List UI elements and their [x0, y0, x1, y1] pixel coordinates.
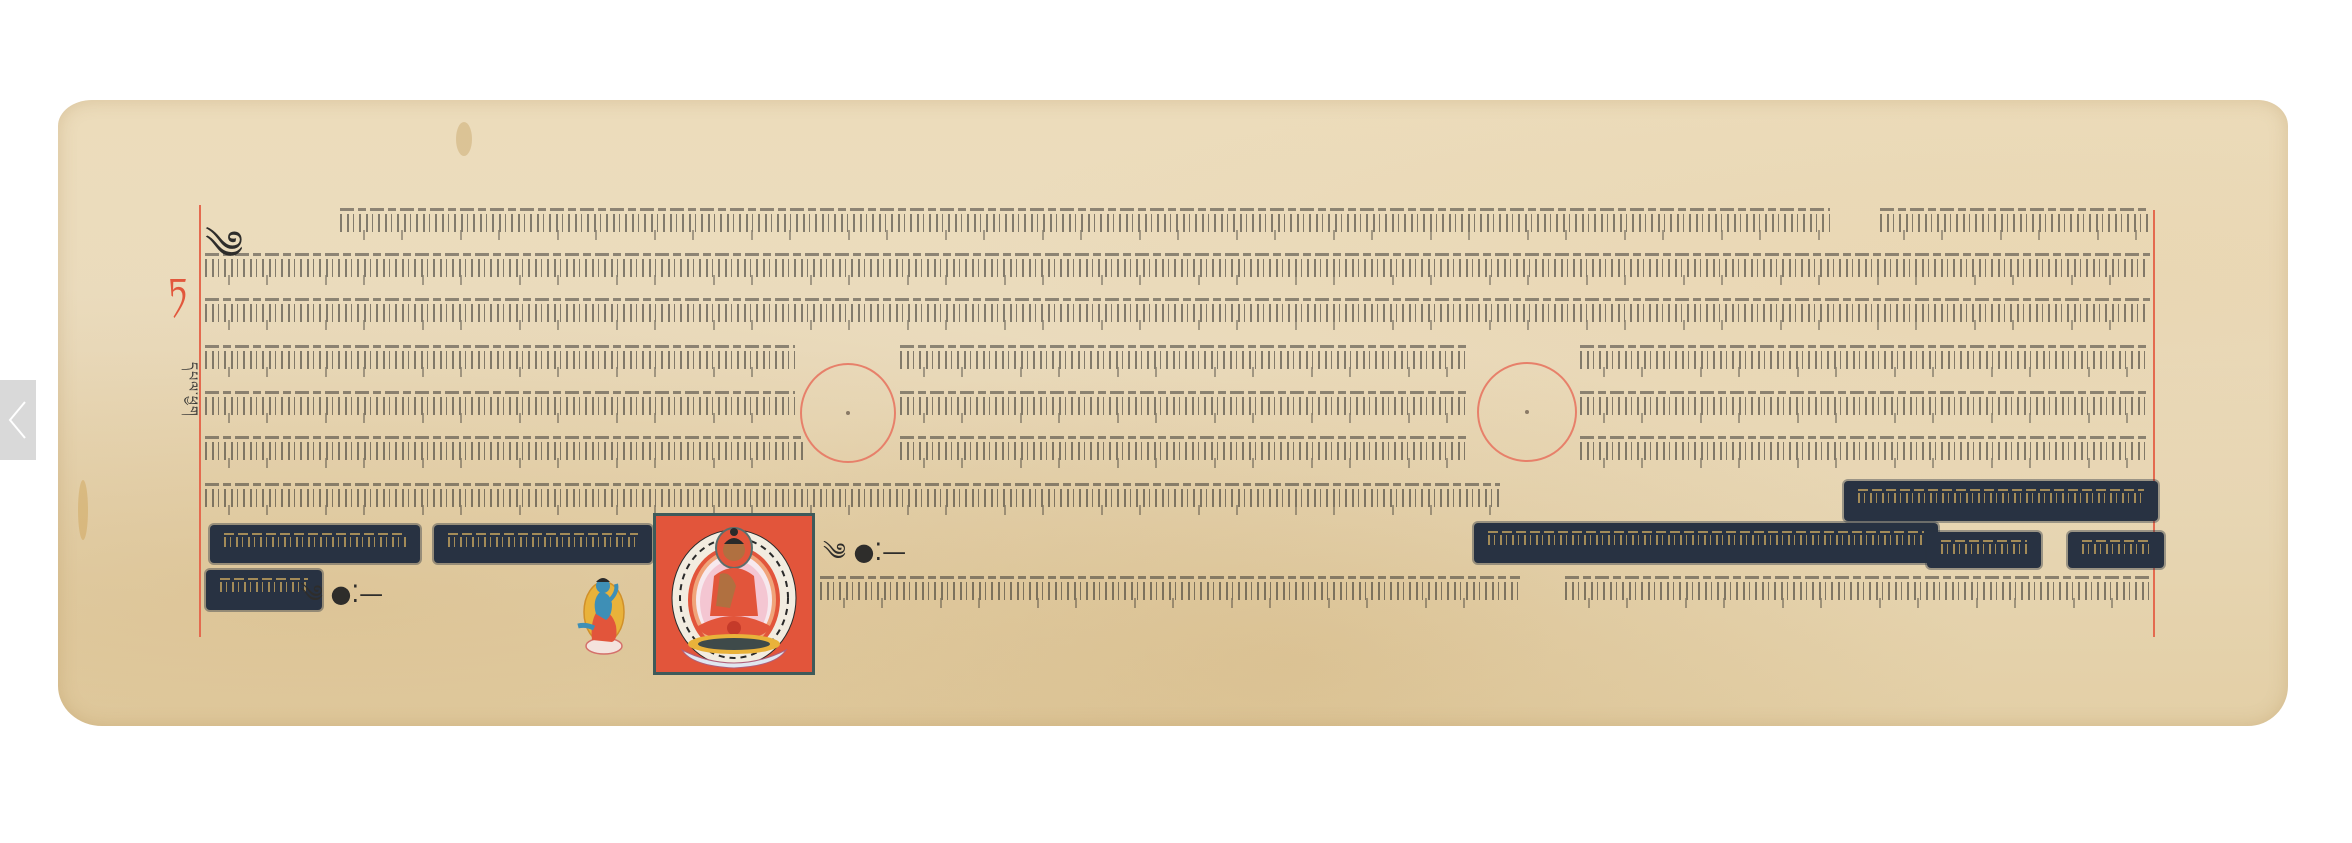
- text-line-5c: [1580, 383, 2150, 423]
- text-line-3: ཏུ་ཕྱིན་པ་དྲུག་དང་ལྡན་པ་འདི་དག་ཀུན་གྱིས་…: [205, 290, 2150, 330]
- right-margin-rule: [2153, 210, 2155, 637]
- text-line-8b: [1565, 568, 2150, 608]
- end-mark-right: ༄ ●⁚—: [823, 526, 906, 593]
- deity-illustration: [572, 570, 632, 656]
- chevron-left-icon: [7, 400, 29, 440]
- text-line-8a: །།དེ་ནས་ཆེ་དང་ལྡན་པ་རབ་འབྱོར་གྱིས་བཅོམ་ལ…: [820, 568, 1520, 608]
- text-line-5a: དང་། །ཡང་དག་པར་གཞན་བསྐོར་བ་དང་། །ཡང་དག་པ…: [205, 383, 795, 423]
- text-line-4c: [1580, 337, 2150, 377]
- previous-image-button[interactable]: [0, 380, 36, 460]
- buddha-icon: [656, 516, 812, 672]
- paper-stain: [456, 122, 472, 156]
- text-line-1b: [1880, 200, 2150, 240]
- text-line-7: མངོན་པར་རྫོགས་པར་སངས་རྒྱས་པར་མ་གྱུར་ཀྱི་…: [205, 475, 1500, 515]
- text-line-4b: [900, 337, 1470, 377]
- colophon-box-left-1: སྟོང་ཕྲག་བརྒྱ་པ། དུམ་: [210, 525, 420, 563]
- text-line-6a: རོལ་ཏུ་ཕྱིན་པ་དྲུག་པོ་འདི་དག་འགྲུབ་པར་འག…: [205, 428, 805, 468]
- colophon-box-right-1: །།ཤེས་རབ་ཀྱི་ཕ་རོལ་ཏུ་ཕྱིན་པ་: [1844, 481, 2158, 521]
- colophon-box-right-2: ཤེས་རབ་ཀྱི་ཕ་རོལ་ཏུ་ཕྱིན་པ་སྟོང་ཕྲག་བརྒྱ…: [1474, 523, 1938, 563]
- text-line-1a: ཨ། ༄ །ཤཱ་རི་དྭ་ཏིའི་བུ་དེ་ནི་དེ་ལྟར་ཡིན་…: [340, 200, 1830, 240]
- text-line-2: དེ་ནི་འདི་ལྟར་རིགས་ཀྱི་བུ་དང་རིགས་ཀྱི་བུ…: [205, 245, 2150, 285]
- text-line-4a: འགྲུབ་པར་མི་འགྱུར་བར་ནི་ལྟ་བུའི་གནས་མེད་…: [205, 337, 795, 377]
- string-hole-left: [800, 363, 896, 463]
- left-margin-rule: [199, 205, 201, 637]
- string-hole-right: [1477, 362, 1577, 462]
- colophon-box-left-2: བུ་ལ་ཉི་ཤུ་མ་ཉ་གཅིག་གོ: [434, 525, 652, 563]
- paper-stain: [78, 480, 88, 540]
- text-line-5b: [900, 383, 1470, 423]
- end-mark-left: ༄ ●⁚—: [300, 568, 383, 635]
- colophon-box-right-3: དུམ་བུ་ལྔ་པ: [1927, 532, 2041, 568]
- colophon-box-right-4: བམ་པོ: [2068, 532, 2164, 568]
- text-line-6c: [1580, 428, 2150, 468]
- buddha-illustration: [653, 513, 815, 675]
- folio-number: ཏ: [168, 252, 187, 348]
- text-line-6b: [900, 428, 1470, 468]
